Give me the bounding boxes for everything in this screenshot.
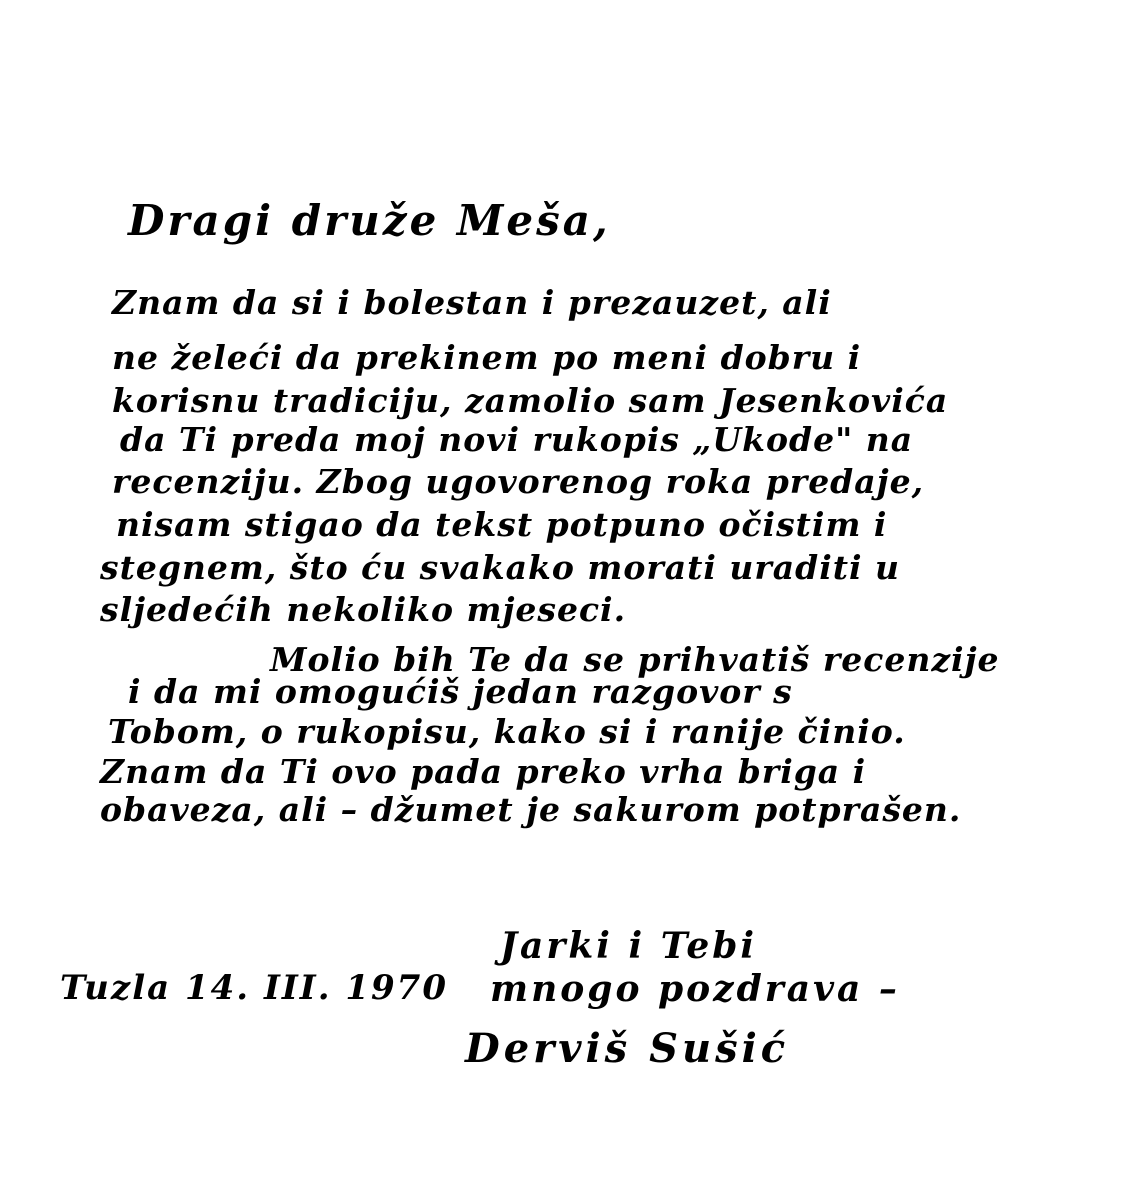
body-line: obaveza, ali – džumet je sakurom potpraš… — [100, 790, 961, 829]
salutation: Dragi druže Meša, — [128, 196, 611, 245]
body-line: da Ti preda moj novi rukopis „Ukode" na — [120, 420, 913, 459]
body-line: korisnu tradiciju, zamolio sam Jesenkovi… — [112, 381, 948, 420]
body-line: nisam stigao da tekst potpuno očistim i — [116, 505, 887, 544]
body-line: i da mi omogućiš jedan razgovor s — [128, 672, 793, 711]
signature: Derviš Sušić — [465, 1025, 789, 1072]
closing-line: Jarki i Tebi — [500, 925, 757, 967]
body-line: Znam da Ti ovo pada preko vrha briga i — [100, 752, 866, 791]
body-line: sljedećih nekoliko mjeseci. — [100, 590, 626, 629]
body-line: Znam da si i bolestan i prezauzet, ali — [112, 283, 832, 322]
body-line: Tobom, o rukopisu, kako si i ranije čini… — [108, 712, 906, 751]
body-line: recenziju. Zbog ugovorenog roka predaje, — [112, 462, 924, 501]
place-date: Tuzla 14. III. 1970 — [60, 968, 448, 1008]
body-line: stegnem, što ću svakako morati uraditi u — [100, 548, 900, 587]
body-line: ne želeći da prekinem po meni dobru i — [112, 338, 861, 377]
closing-line: mnogo pozdrava – — [490, 968, 900, 1010]
handwritten-letter: Dragi druže Meša, Znam da si i bolestan … — [0, 0, 1134, 1187]
